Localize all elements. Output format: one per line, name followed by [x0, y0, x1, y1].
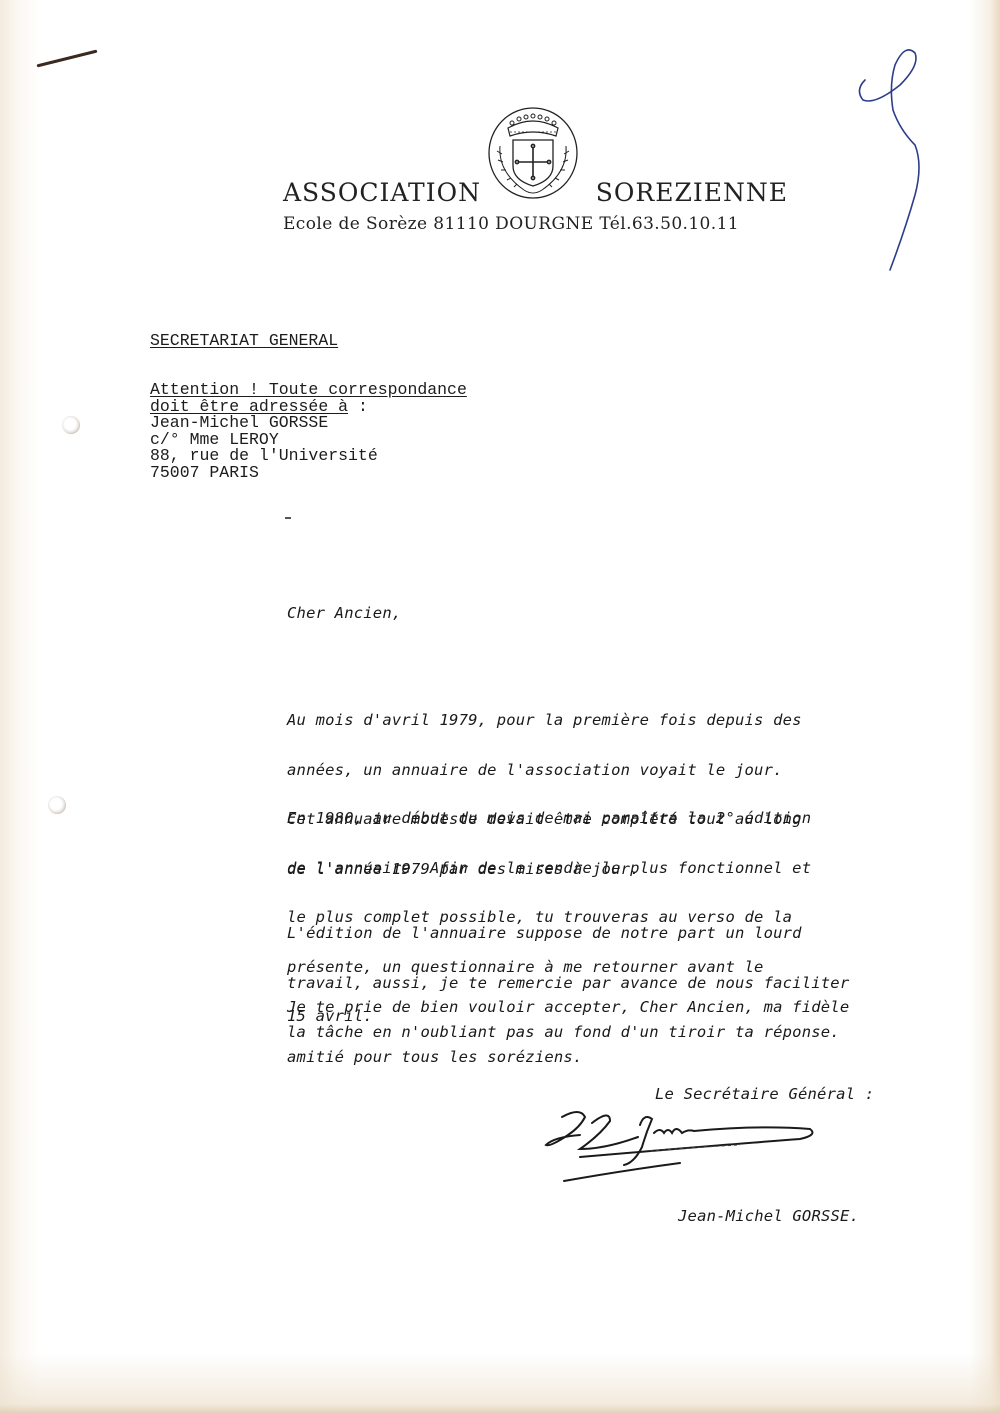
signatory-title: Le Secrétaire Général : — [655, 1086, 874, 1103]
paragraph-4: Je te prie de bien vouloir accepter, Che… — [287, 966, 849, 1098]
text-line: années, un annuaire de l'association voy… — [287, 762, 802, 779]
text-line: Je te prie de bien vouloir accepter, Che… — [287, 999, 849, 1016]
letterhead-title-left: ASSOCIATION — [283, 178, 481, 207]
punch-hole-top — [62, 416, 80, 434]
text-line: En 1980, au début du mois de mai paraîtr… — [287, 810, 811, 827]
pen-mark — [37, 50, 98, 68]
handwritten-signature-icon — [540, 1105, 830, 1190]
department-heading: SECRETARIAT GENERAL — [150, 333, 338, 350]
letterhead-address: Ecole de Sorèze 81110 DOURGNE Tél.63.50.… — [283, 214, 793, 234]
signatory-name: Jean-Michel GORSSE. — [678, 1208, 859, 1225]
letter-page: ASSOCIATION SOREZIENNE Ecole de Sorèze 8… — [0, 0, 1000, 1413]
text-line: Au mois d'avril 1979, pour la première f… — [287, 712, 802, 729]
letterhead-title-right: SOREZIENNE — [596, 178, 788, 207]
address-line: 75007 PARIS — [150, 465, 570, 482]
text-line: L'édition de l'annuaire suppose de notre… — [287, 925, 849, 942]
salutation: Cher Ancien, — [287, 605, 401, 622]
text-line: amitié pour tous les soréziens. — [287, 1049, 849, 1066]
letterhead-title: ASSOCIATION SOREZIENNE — [283, 178, 788, 207]
handwritten-annotation-icon — [845, 45, 945, 285]
punch-hole-bottom — [48, 796, 66, 814]
notice-block: Attention ! Toute correspondance doit êt… — [150, 382, 570, 481]
text-line: de l'annuaire. Afin de le rendre le plus… — [287, 860, 811, 877]
